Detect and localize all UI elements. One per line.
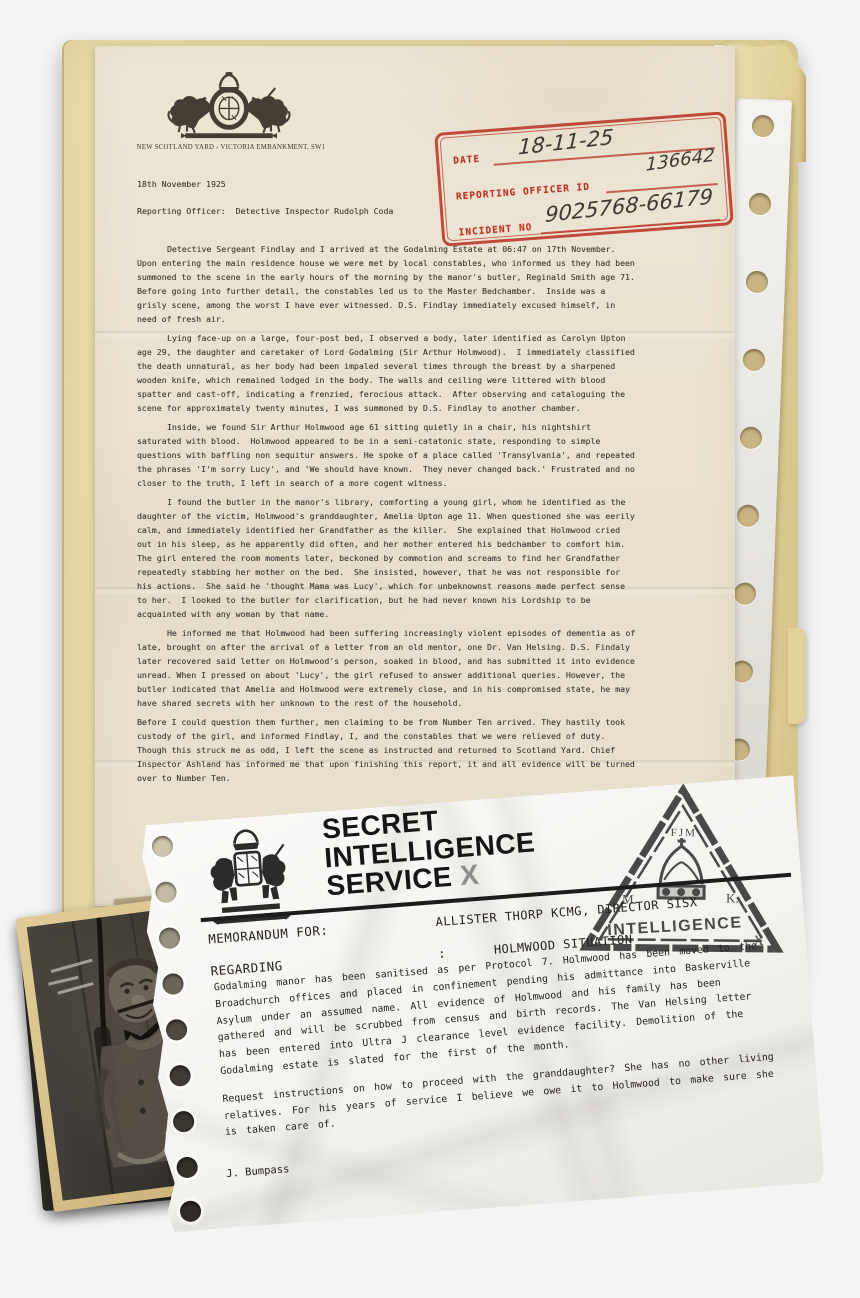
punch-hole-icon [752,115,775,138]
report-paragraph: Detective Sergeant Findlay and I arrived… [137,242,637,326]
punch-hole-icon [743,348,766,371]
svg-text:FJM: FJM [671,827,697,839]
handwritten-date: 18-11-25 [518,125,614,160]
sis-memorandum: SECRET INTELLIGENCE SERVICEX FJM M. K. X [135,775,824,1232]
folder-side-tab [788,628,806,724]
punch-hole-icon [749,193,772,216]
torn-spiral-hole [172,1110,195,1133]
svg-text:M.: M. [622,891,637,906]
report-date: 18th November 1925 [137,179,226,189]
intelligence-triangle-stamp: FJM M. K. X INTELLIGENCE [577,783,787,957]
svg-text:K.: K. [726,891,739,906]
stamp-incident-label: INCIDENT NO [458,222,533,239]
memo-signature: J. Bumpass [226,1163,290,1180]
report-paragraph: Before I could question them further, me… [137,715,637,785]
punch-hole-icon [737,504,760,527]
royal-coat-of-arms-icon [143,72,315,142]
agency-title: SECRET INTELLIGENCE SERVICEX [321,799,538,900]
section-x-mark: X [459,859,481,891]
reporting-officer-line: Reporting Officer: Detective Inspector R… [137,206,393,216]
case-file-scene: NEW SCOTLAND YARD - VICTORIA EMBANKMENT,… [0,0,860,1298]
punch-hole-icon [746,271,769,294]
torn-spiral-hole [169,1064,192,1087]
torn-spiral-hole [165,1019,188,1042]
report-paragraph: Inside, we found Sir Arthur Holmwood age… [137,420,637,490]
torn-spiral-hole [162,973,185,996]
report-paragraph: He informed me that Holmwood had been su… [137,626,637,710]
stamp-date-label: DATE [453,154,481,167]
punch-hole-icon [734,582,757,605]
red-incident-stamp: DATE 18-11-25 REPORTING OFFICER ID 13664… [434,111,734,247]
torn-spiral-hole [155,881,178,904]
report-paragraph: Lying face-up on a large, four-post bed,… [137,331,637,415]
torn-spiral-hole [158,927,181,950]
letterhead-address: NEW SCOTLAND YARD - VICTORIA EMBANKMENT,… [131,144,331,151]
torn-spiral-hole [176,1156,199,1179]
svg-text:X: X [754,934,764,949]
report-paragraph: I found the butler in the manor's librar… [137,495,637,621]
report-body: Detective Sergeant Findlay and I arrived… [137,242,637,790]
torn-spiral-hole [151,835,174,858]
punch-hole-icon [740,426,763,449]
torn-spiral-hole [179,1200,202,1223]
svg-text:INTELLIGENCE: INTELLIGENCE [607,914,743,939]
regarding-separator: : [437,942,494,961]
